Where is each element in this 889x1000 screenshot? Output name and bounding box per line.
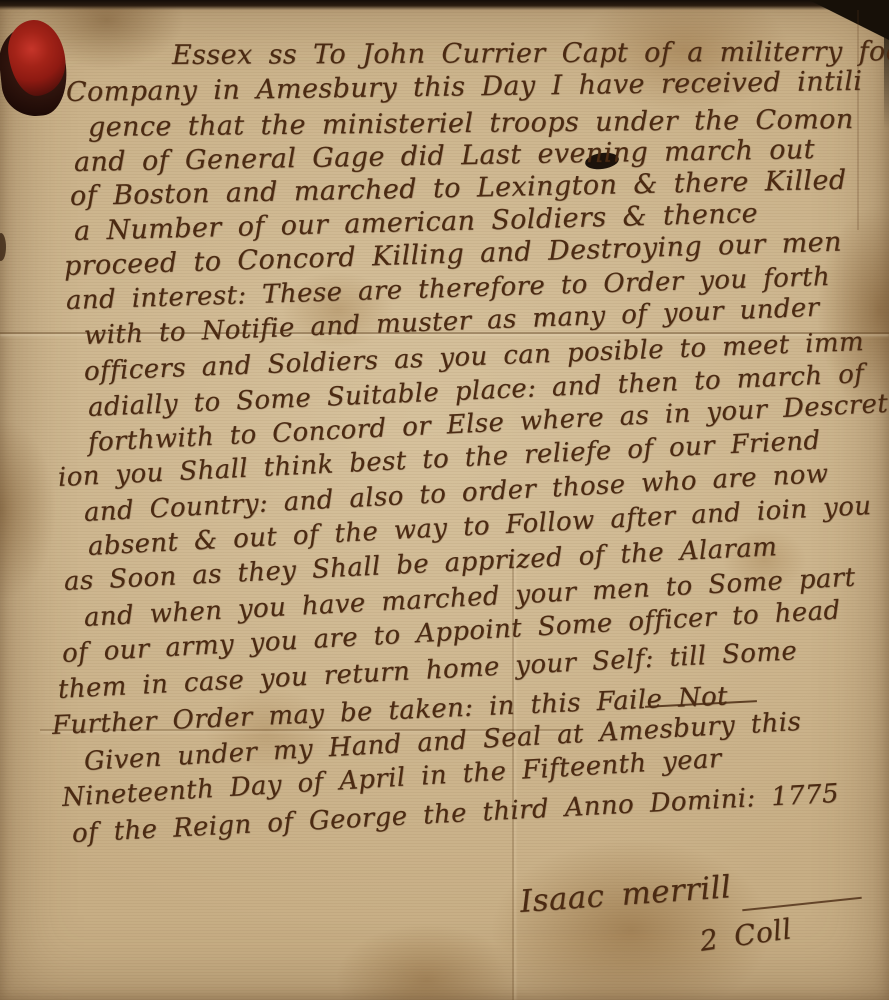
signature: Isaac merrill	[519, 869, 733, 920]
letter-line-2: Company in Amesbury this Day I have rece…	[66, 66, 863, 108]
manuscript-page: Essex ss To John Currier Capt of a milit…	[0, 0, 889, 1000]
signature-title: 2 Coll	[698, 912, 794, 958]
paper-left-nick	[0, 233, 6, 261]
torn-corner-top-right	[809, 0, 889, 40]
scan-top-edge	[0, 0, 889, 10]
letter-line-1: Essex ss To John Currier Capt of a milit…	[172, 36, 889, 71]
wax-seal-icon	[0, 17, 73, 119]
signature-flourish	[742, 897, 862, 912]
